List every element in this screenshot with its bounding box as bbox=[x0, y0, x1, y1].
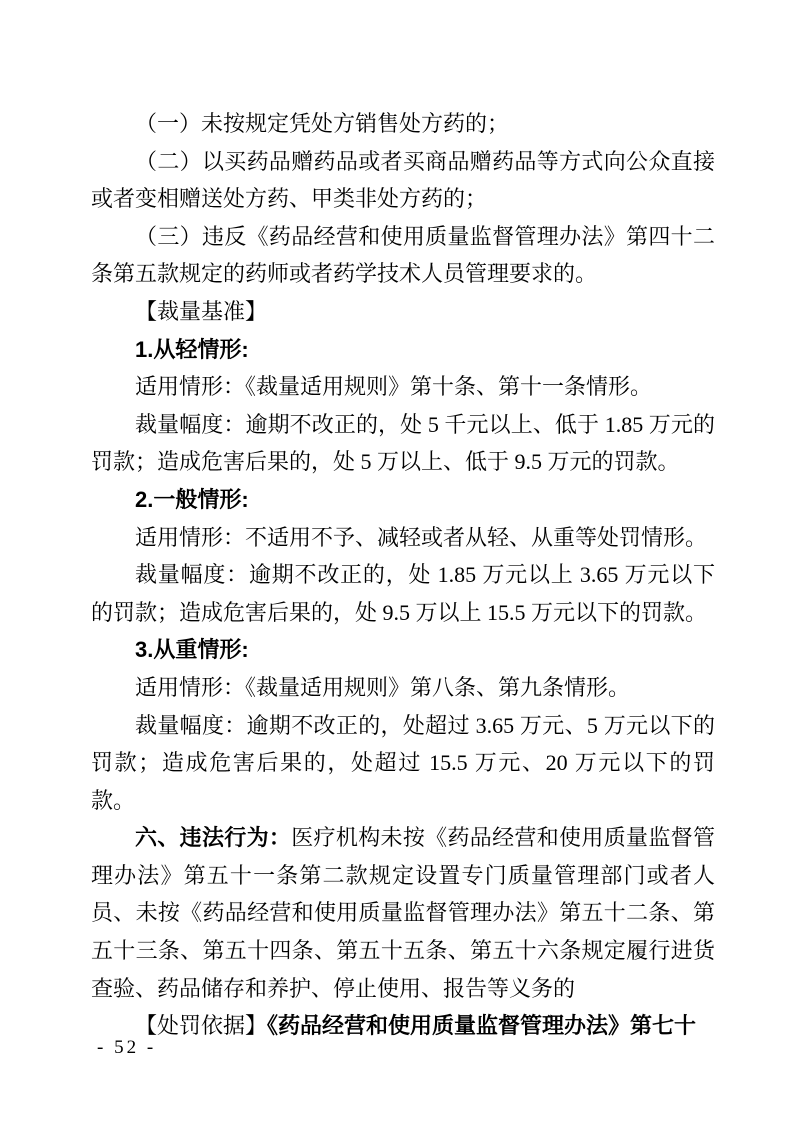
text-run: 裁量幅度：逾期不改正的，处 5 千元以上、低于 1.85 万元的罚款；造成危害后… bbox=[91, 412, 715, 475]
paragraph: 【处罚依据】《药品经营和使用质量监督管理办法》第七十 bbox=[91, 1007, 715, 1045]
paragraph: 【裁量基准】 bbox=[91, 293, 715, 331]
page-number: - 52 - bbox=[97, 1037, 156, 1059]
text-run: 【裁量基准】 bbox=[135, 299, 267, 324]
section-heading: 1.从轻情形: bbox=[91, 331, 715, 369]
paragraph: 裁量幅度：逾期不改正的，处超过 3.65 万元、5 万元以下的罚款；造成危害后果… bbox=[91, 707, 715, 820]
paragraph: 裁量幅度：逾期不改正的，处 5 千元以上、低于 1.85 万元的罚款；造成危害后… bbox=[91, 406, 715, 481]
paragraph: 裁量幅度：逾期不改正的，处 1.85 万元以上 3.65 万元以下的罚款；造成危… bbox=[91, 556, 715, 631]
paragraph: 适用情形：《裁量适用规则》第八条、第九条情形。 bbox=[91, 669, 715, 707]
paragraph: （三）违反《药品经营和使用质量监督管理办法》第四十二条第五款规定的药师或者药学技… bbox=[91, 218, 715, 293]
text-run: （三）违反《药品经营和使用质量监督管理办法》第四十二条第五款规定的药师或者药学技… bbox=[91, 224, 715, 287]
bold-text-run: 1.从轻情形: bbox=[135, 337, 249, 362]
text-run: （二）以买药品赠药品或者买商品赠药品等方式向公众直接或者变相赠送处方药、甲类非处… bbox=[91, 149, 715, 212]
bold-text-run: 2.一般情形: bbox=[135, 487, 249, 512]
paragraph: 适用情形：不适用不予、减轻或者从轻、从重等处罚情形。 bbox=[91, 519, 715, 557]
text-run: 裁量幅度：逾期不改正的，处超过 3.65 万元、5 万元以下的罚款；造成危害后果… bbox=[91, 713, 715, 813]
paragraph: （二）以买药品赠药品或者买商品赠药品等方式向公众直接或者变相赠送处方药、甲类非处… bbox=[91, 143, 715, 218]
text-run: 【处罚依据】 bbox=[135, 1013, 267, 1038]
document-page: （一）未按规定凭处方销售处方药的；（二）以买药品赠药品或者买商品赠药品等方式向公… bbox=[0, 0, 793, 1122]
text-run: 适用情形：《裁量适用规则》第十条、第十一条情形。 bbox=[135, 374, 652, 399]
section-heading: 3.从重情形: bbox=[91, 631, 715, 669]
text-run: 医疗机构未按《药品经营和使用质量监督管理办法》第五十一条第二款规定设置专门质量管… bbox=[91, 825, 715, 1000]
bold-text-run: 《药品经营和使用质量监督管理办法》第七十 bbox=[267, 1013, 696, 1038]
text-run: 适用情形：不适用不予、减轻或者从轻、从重等处罚情形。 bbox=[135, 525, 707, 550]
bold-text-run: 3.从重情形: bbox=[135, 637, 249, 662]
bold-text-run: 六、违法行为： bbox=[135, 825, 291, 850]
text-run: 裁量幅度：逾期不改正的，处 1.85 万元以上 3.65 万元以下的罚款；造成危… bbox=[91, 562, 715, 625]
text-run: 适用情形：《裁量适用规则》第八条、第九条情形。 bbox=[135, 675, 630, 700]
paragraph: 六、违法行为：医疗机构未按《药品经营和使用质量监督管理办法》第五十一条第二款规定… bbox=[91, 819, 715, 1007]
paragraph: （一）未按规定凭处方销售处方药的； bbox=[91, 105, 715, 143]
paragraph: 适用情形：《裁量适用规则》第十条、第十一条情形。 bbox=[91, 368, 715, 406]
document-body: （一）未按规定凭处方销售处方药的；（二）以买药品赠药品或者买商品赠药品等方式向公… bbox=[91, 105, 715, 1045]
text-run: （一）未按规定凭处方销售处方药的； bbox=[135, 111, 509, 136]
section-heading: 2.一般情形: bbox=[91, 481, 715, 519]
